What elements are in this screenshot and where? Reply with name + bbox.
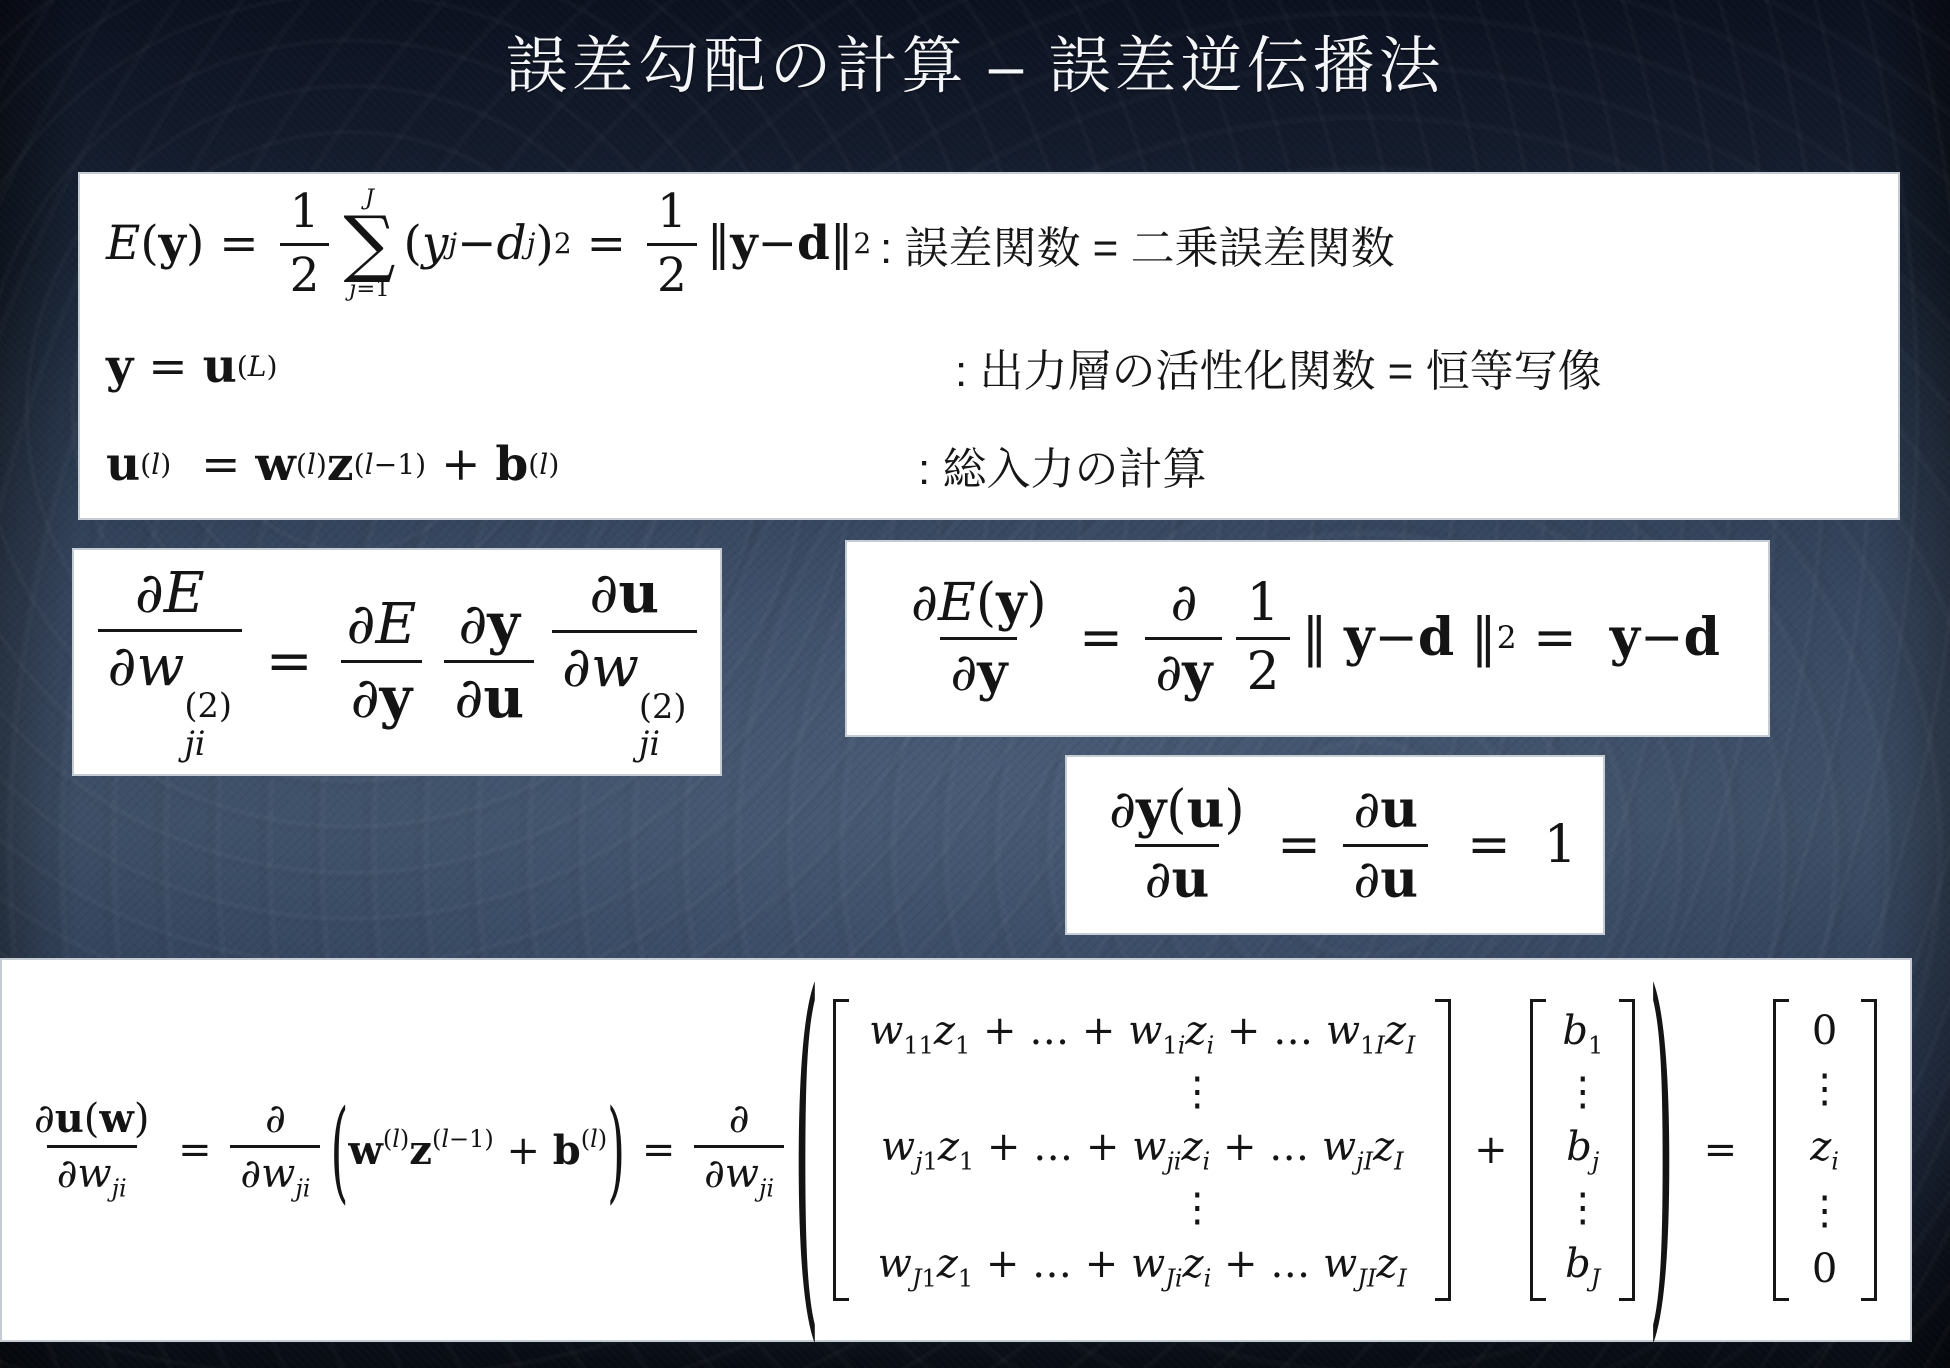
total-input-line: u(l) = w(l)z(l−1) + b(l) : 総入力の計算 [80, 420, 1898, 510]
energy-equation-formula: E(y) = 12J∑j=1(yj−dj)2 = 12‖y−d‖2 [106, 185, 871, 302]
chain-rule-box: ∂E∂w(2)ji = ∂E∂y∂y∂u∂u∂w(2)ji [72, 548, 722, 776]
energy-equation-line: E(y) = 12J∑j=1(yj−dj)2 = 12‖y−d‖2 : 誤差関数… [80, 182, 1898, 306]
energy-equation-annotation: : 誤差関数 = 二乗誤差関数 [880, 212, 1395, 276]
output-activation-line: y = u(L) : 出力層の活性化関数 = 恒等写像 [80, 320, 1898, 414]
total-input-formula: u(l) = w(l)z(l−1) + b(l) [106, 437, 559, 493]
identity-derivative-formula: ∂y(u)∂u = ∂u∂u = 1 [1093, 780, 1577, 911]
slide-title: 誤差勾配の計算 – 誤差逆伝播法 [0, 16, 1950, 105]
output-activation-formula: y = u(L) [106, 339, 277, 395]
error-derivative-formula: ∂E(y)∂y = ∂∂y12‖ y−d ‖2 = y−d [895, 573, 1720, 704]
chain-rule-formula: ∂E∂w(2)ji = ∂E∂y∂y∂u∂u∂w(2)ji [92, 561, 703, 763]
identity-derivative-box: ∂y(u)∂u = ∂u∂u = 1 [1065, 755, 1605, 935]
slide: 誤差勾配の計算 – 誤差逆伝播法 E(y) = 12J∑j=1(yj−dj)2 … [0, 0, 1950, 1368]
error-function-box: E(y) = 12J∑j=1(yj−dj)2 = 12‖y−d‖2 : 誤差関数… [78, 172, 1900, 520]
weight-derivative-formula: ∂u(w)∂wji = ∂∂wji(w(l)z(l−1) + b(l)) = ∂… [18, 999, 1887, 1301]
total-input-annotation: : 総入力の計算 [918, 433, 1206, 497]
output-activation-annotation: : 出力層の活性化関数 = 恒等写像 [955, 335, 1602, 399]
error-derivative-box: ∂E(y)∂y = ∂∂y12‖ y−d ‖2 = y−d [845, 540, 1770, 737]
weight-derivative-box: ∂u(w)∂wji = ∂∂wji(w(l)z(l−1) + b(l)) = ∂… [0, 958, 1912, 1342]
